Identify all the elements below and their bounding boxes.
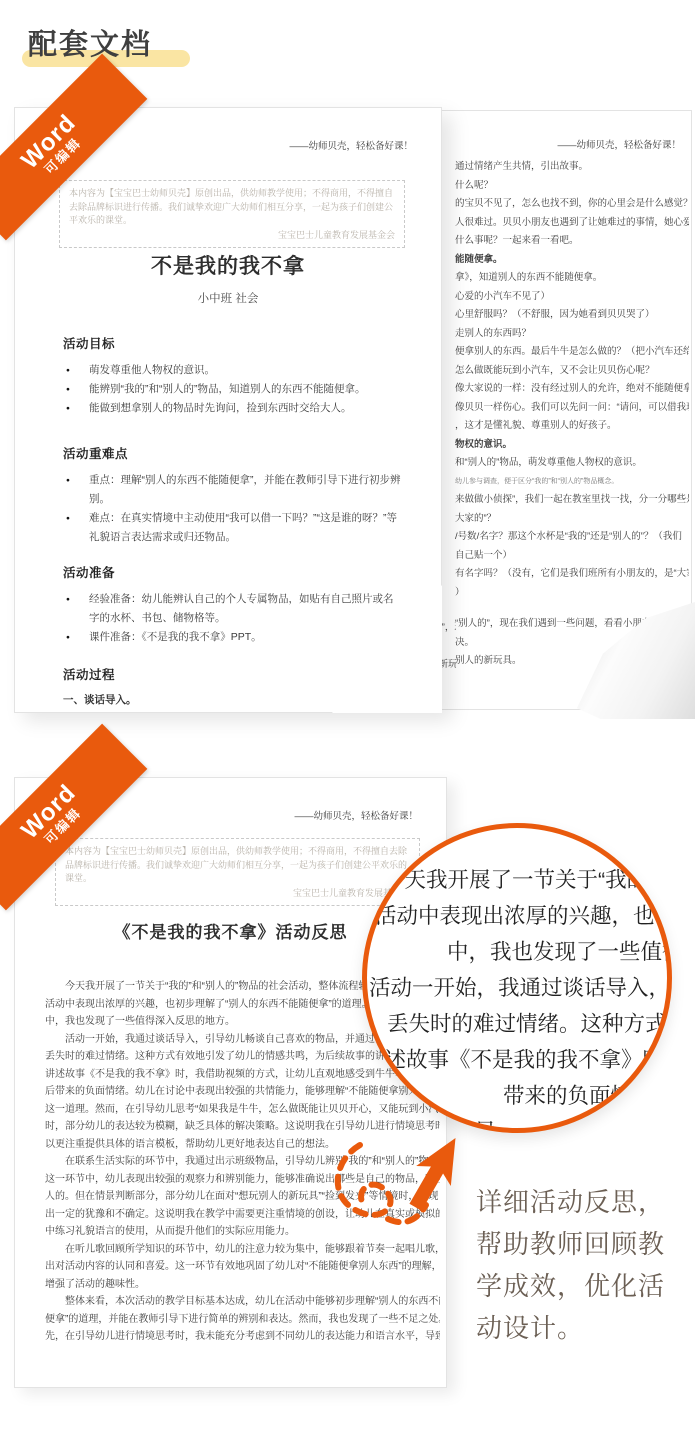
page2-line: 便拿别人的东西。最后牛牛是怎么做的？（把小汽车还给贝贝） [455, 343, 689, 362]
section-keypoints: 活动重难点 重点：理解“别人的东西不能随便拿”，并能在教师引导下进行初步辨别。难… [63, 444, 403, 547]
page2-line: 像大家说的一样：没有经过别人的允许，绝对不能随便拿别人 [455, 380, 689, 399]
bullet-item: 能做到想拿别人的物品时先询问，捡到东西时交给大人。 [63, 399, 403, 418]
magnifier-circle: 今天我开展了一节关于“我的活动中表现出浓厚的兴趣，也初步理解中，我也发现了一些值… [362, 823, 672, 1133]
bullet-text: 能辨别“我的”和“别人的”物品，知道别人的东西不能随便拿。 [89, 383, 366, 395]
page-header-slogan: ——幼师贝壳，轻松备好课！ [557, 137, 681, 151]
page2-line: 和“别人的”物品，萌发尊重他人物权的意识。 [455, 454, 689, 473]
reflection-line: 增强了活动的趣味性。 [45, 1276, 440, 1294]
bullet-item: 难点：在真实情境中主动使用“我可以借一下吗？”“这是谁的呀？”等礼貌语言表达需求… [63, 509, 403, 547]
page2-line: 幼儿参与调查，便于区分“我的”和“别人的”物品概念。 [455, 473, 689, 492]
page-header-slogan: ——幼师贝壳，轻松备好课！ [294, 808, 418, 822]
page2-line: /号数/名字？那这个水杯是“我的”还是“别人的”？（我们 [455, 528, 689, 547]
page2-line: 人很难过。贝贝小朋友也遇到了让她难过的事情，她心爱的红 [455, 214, 689, 233]
page-canvas: 配套文档 ——幼师贝壳，轻松备好课！ 通过情绪产生共情，引出故事。什么呢？的宝贝… [0, 0, 700, 1433]
bullet-text: 经验准备：幼儿能辨认自己的个人专属物品，如贴有自己照片或名字的水杯、书包、储物格… [89, 593, 394, 624]
page-title: 配套文档 [28, 29, 152, 61]
page2-line: 拿》，知道别人的东西不能随便拿。 [455, 269, 689, 288]
bullet-item: 课件准备：《不是我的我不拿》PPT。 [63, 628, 403, 647]
page2-line: 什么呢？ [455, 177, 689, 196]
page2-line: 怎么做既能玩到小汽车，又不会让贝贝伤心呢？ [455, 362, 689, 381]
page2-line: 通过情绪产生共情，引出故事。 [455, 158, 689, 177]
page2-line: 物权的意识。 [455, 436, 689, 455]
bullet-text: 能做到想拿别人的物品时先询问，捡到东西时交给大人。 [89, 402, 352, 414]
doc-title: 不是我的我不拿 [15, 250, 441, 280]
preparation-list: 经验准备：幼儿能辨认自己的个人专属物品，如贴有自己照片或名字的水杯、书包、储物格… [63, 590, 403, 647]
bullet-text: 难点：在真实情境中主动使用“我可以借一下吗？”“这是谁的呀？”等礼貌语言表达需求… [89, 512, 397, 543]
page2-line: ） [455, 584, 689, 603]
disclaimer-signature: 宝宝巴士儿童教育发展基金会 [69, 229, 395, 243]
page2-line: 像贝贝一样伤心。我们可以先问一问：“请问，可以借我玩一 [455, 399, 689, 418]
magnified-line: 活动一开始，我通过谈话导入，引导 [369, 970, 667, 1006]
disclaimer-box: 本内容为【宝宝巴士幼师贝壳】原创出品，供幼师教学使用；不得商用，不得擅自去除品牌… [55, 838, 420, 906]
reflection-line: 出对活动内容的认同和喜爱。这一环节有效地巩固了幼儿对“不能随便拿别人东西”的理解… [45, 1258, 440, 1276]
page2-line: 能随便拿。 [455, 251, 689, 270]
magnified-text: 今天我开展了一节关于“我的活动中表现出浓厚的兴趣，也初步理解中，我也发现了一些值… [367, 862, 667, 1133]
page2-line: ，这才是懂礼貌、尊重别人的好孩子。 [455, 417, 689, 436]
page2-line: 的宝贝不见了，怎么也找不到，你的心里会是什么感觉？（看 [455, 195, 689, 214]
disclaimer-text: 本内容为【宝宝巴士幼师贝壳】原创出品，供幼师教学使用；不得商用，不得擅自去除品牌… [65, 845, 410, 886]
bullet-item: 重点：理解“别人的东西不能随便拿”，并能在教师引导下进行初步辨别。 [63, 471, 403, 509]
page2-line: 大家的”？ [455, 510, 689, 529]
goals-list: 萌发尊重他人物权的意识。能辨别“我的”和“别人的”物品，知道别人的东西不能随便拿… [63, 361, 403, 418]
page2-line: 自己贴一个） [455, 547, 689, 566]
reflection-line: 便拿”的道理，并能在教师引导下进行简单的辨别和表达。然而，我也发现了一些不足之处… [45, 1311, 440, 1329]
bullet-item: 萌发尊重他人物权的意识。 [63, 361, 403, 380]
reflection-document: ——幼师贝壳，轻松备好课！ 本内容为【宝宝巴士幼师贝壳】原创出品，供幼师教学使用… [14, 777, 692, 1425]
disclaimer-text: 本内容为【宝宝巴士幼师贝壳】原创出品，供幼师教学使用；不得商用，不得擅自去除品牌… [69, 187, 395, 228]
page2-line: 走别人的东西吗？ [455, 325, 689, 344]
magnified-line: 丢失时的难过情绪。这种方式有效地引发 [387, 1006, 667, 1042]
page2-line: 来做做小侦探”，我们一起在教室里找一找，分一分哪些是“我 [455, 491, 689, 510]
section-heading-process: 活动过程 [63, 665, 403, 683]
page2-line: 什么事呢？一起来看一看吧。 [455, 232, 689, 251]
reflection-line: 先，在引导幼儿进行情境思考时，我未能充分考虑到不同幼儿的表达能力和语言水平，导致… [45, 1328, 440, 1346]
bullet-text: 课件准备：《不是我的我不拿》PPT。 [89, 631, 262, 643]
lesson-plan-document: ——幼师贝壳，轻松备好课！ 通过情绪产生共情，引出故事。什么呢？的宝贝不见了，怎… [14, 107, 692, 715]
lesson-plan-page1: ——幼师贝壳，轻松备好课！ 本内容为【宝宝巴士幼师贝壳】原创出品，供幼师教学使用… [14, 107, 442, 713]
page2-text-block: 通过情绪产生共情，引出故事。什么呢？的宝贝不见了，怎么也找不到，你的心里会是什么… [455, 158, 689, 671]
section-heading: 配套文档 [28, 22, 152, 63]
doc-subtitle: 小中班 社会 [15, 290, 441, 306]
magnified-line: 讲述故事《不是我的我不拿》时，我借 [363, 1042, 667, 1078]
disclaimer-signature: 宝宝巴士儿童教育发展基金会 [65, 887, 410, 901]
page-header-slogan: ——幼师贝壳，轻松备好课！ [289, 138, 413, 152]
section-heading-keypoints: 活动重难点 [63, 444, 403, 462]
bullet-text: 萌发尊重他人物权的意识。 [89, 364, 215, 376]
bullet-item: 经验准备：幼儿能辨认自己的个人专属物品，如贴有自己照片或名字的水杯、书包、储物格… [63, 590, 403, 628]
section-heading-preparation: 活动准备 [63, 563, 403, 581]
section-preparation: 活动准备 经验准备：幼儿能辨认自己的个人专属物品，如贴有自己照片或名字的水杯、书… [63, 563, 403, 647]
reflection-line: 整体来看，本次活动的教学目标基本达成，幼儿在活动中能够初步理解“别人的东西不能随 [45, 1293, 440, 1311]
doc-body: 活动目标 萌发尊重他人物权的意识。能辨别“我的”和“别人的”物品，知道别人的东西… [63, 334, 403, 707]
arrow-doodle-icon [322, 1125, 472, 1245]
disclaimer-box: 本内容为【宝宝巴士幼师贝壳】原创出品，供幼师教学使用；不得商用，不得擅自去除品牌… [59, 180, 405, 248]
section-heading-goals: 活动目标 [63, 334, 403, 352]
section-goals: 活动目标 萌发尊重他人物权的意识。能辨别“我的”和“别人的”物品，知道别人的东西… [63, 334, 403, 418]
magnified-line: 带来的负面情绪。幼儿在讨论中 [503, 1078, 667, 1114]
page2-line: 有名字吗？（没有，它们是我们班所有小朋友的，是“大家的”。 [455, 565, 689, 584]
page2-line: 心里舒服吗？（不舒服，因为她看到贝贝哭了） [455, 306, 689, 325]
caption-text: 详细活动反思，帮助教师回顾教学成效，优化活动设计。 [476, 1181, 690, 1349]
page2-line: 心爱的小汽车不见了） [455, 288, 689, 307]
bullet-text: 重点：理解“别人的东西不能随便拿”，并能在教师引导下进行初步辨别。 [89, 474, 401, 505]
magnified-line: 中，我也发现了一些值得深入反思的地方 [447, 934, 667, 970]
keypoints-list: 重点：理解“别人的东西不能随便拿”，并能在教师引导下进行初步辨别。难点：在真实情… [63, 471, 403, 547]
bullet-item: 能辨别“我的”和“别人的”物品，知道别人的东西不能随便拿。 [63, 380, 403, 399]
magnified-line: 活动中表现出浓厚的兴趣，也初步理解 [375, 898, 667, 934]
magnified-line: 今天我开展了一节关于“我的 [383, 862, 667, 898]
